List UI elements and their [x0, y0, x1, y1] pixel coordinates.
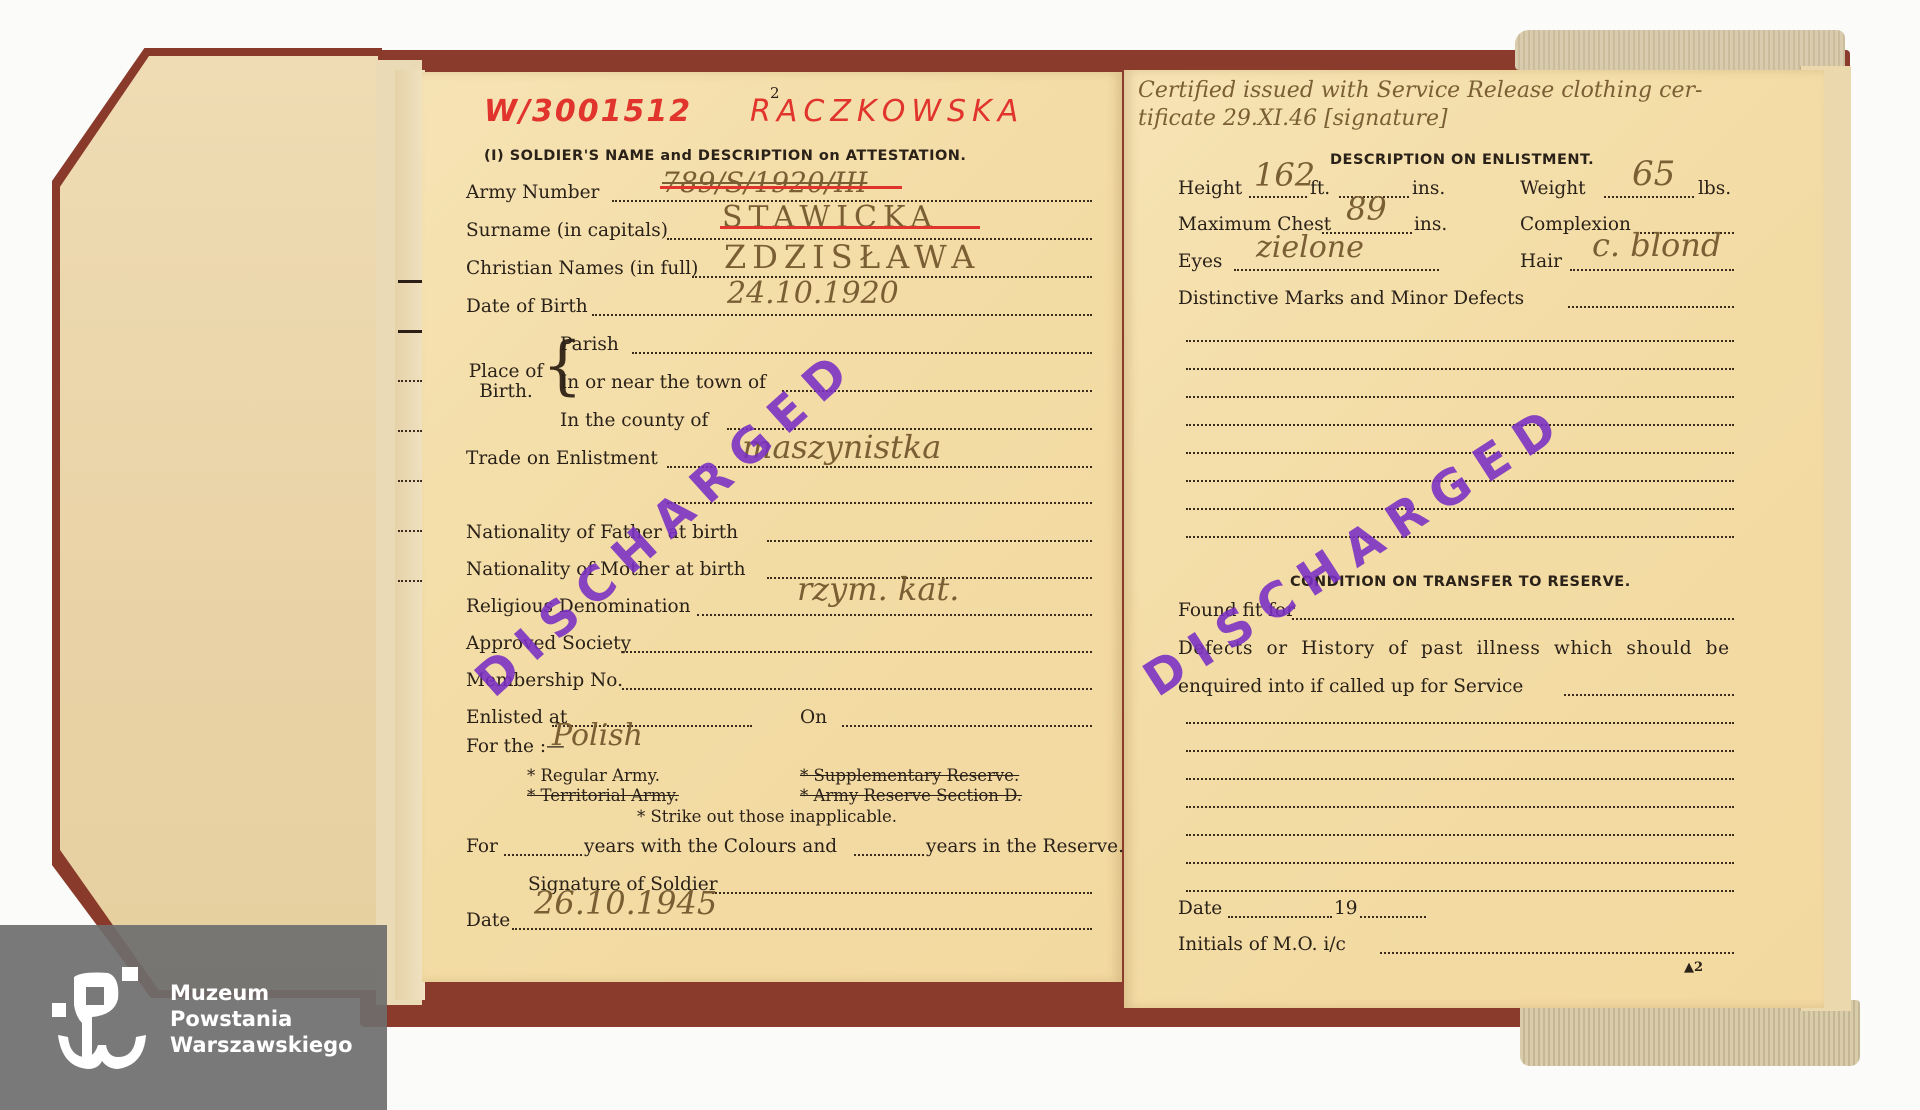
christian-names-value: ZDZISŁAWA: [724, 238, 980, 276]
museum-name-line1: Muzeum: [170, 980, 353, 1006]
date-of-birth-value: 24.10.1920: [727, 276, 899, 311]
gauze-tape-top: [1515, 30, 1845, 70]
right-date-label: Date: [1178, 898, 1222, 919]
museum-logo-overlay: Muzeum Powstania Warszawskiego: [0, 925, 387, 1110]
inside-cover-flap: [60, 56, 378, 990]
hair-label: Hair: [1520, 251, 1562, 272]
for-the-value: Polish: [552, 718, 643, 753]
option-army-reserve-d: * Army Reserve Section D.: [800, 786, 1022, 805]
date-label: Date: [466, 910, 510, 931]
section-heading: (I) SOLDIER'S NAME and DESCRIPTION on AT…: [484, 148, 966, 164]
handwritten-note-line1: Certified issued with Service Release cl…: [1138, 78, 1702, 103]
defects-line2: enquired into if called up for Service: [1178, 676, 1523, 697]
weight-label: Weight: [1520, 178, 1586, 199]
weight-unit: lbs.: [1698, 178, 1731, 199]
years-reserve-label: years in the Reserve.: [926, 836, 1124, 857]
surname-value: STAWICKA: [722, 200, 938, 235]
eyes-value: zielone: [1256, 230, 1364, 265]
red-service-number: W/3001512: [484, 94, 692, 129]
christian-names-label: Christian Names (in full): [466, 258, 698, 279]
county-label: In the county of: [560, 410, 708, 431]
strike-out-note: * Strike out those inapplicable.: [637, 807, 897, 826]
enlistment-heading: DESCRIPTION ON ENLISTMENT.: [1330, 152, 1594, 168]
left-page: W/3001512 RACZKOWSKA 2 (I) SOLDIER'S NAM…: [422, 72, 1122, 982]
chest-unit: ins.: [1414, 214, 1447, 235]
museum-name-line2: Powstania: [170, 1006, 353, 1032]
height-label: Height: [1178, 178, 1242, 199]
discharged-stamp-right: DISCHARGED: [1134, 392, 1579, 708]
option-supplementary-reserve: * Supplementary Reserve.: [800, 766, 1019, 785]
height-unit-ft: ft.: [1310, 178, 1330, 199]
army-number-value: 789/S/1920/III: [662, 166, 867, 199]
place-of-birth-label: Place of Birth.: [466, 362, 546, 402]
kotwica-anchor-icon: [52, 965, 152, 1075]
for-the-label: For the :—: [466, 736, 565, 757]
weight-value: 65: [1632, 154, 1675, 194]
years-for-label: For: [466, 836, 498, 857]
option-territorial-army: * Territorial Army.: [527, 786, 679, 805]
years-colours-label: years with the Colours and: [584, 836, 837, 857]
enlisted-on-label: On: [800, 707, 827, 728]
date-of-birth-label: Date of Birth: [466, 296, 588, 317]
museum-name-line3: Warszawskiego: [170, 1032, 353, 1058]
option-regular-army: * Regular Army.: [527, 766, 660, 785]
chest-value: 89: [1346, 190, 1387, 228]
surname-label: Surname (in capitals): [466, 220, 668, 241]
parish-label: Parish: [560, 334, 619, 355]
right-date-year-prefix: 19: [1334, 898, 1358, 919]
height-unit-ins: ins.: [1412, 178, 1445, 199]
right-page: Certified issued with Service Release cl…: [1124, 70, 1824, 1008]
stub-page-marks: [398, 280, 422, 680]
initials-mo-label: Initials of M.O. i/c: [1178, 934, 1346, 955]
date-value: 26.10.1945: [534, 884, 717, 922]
page-mark: ▲2: [1684, 960, 1703, 975]
red-surname: RACZKOWSKA: [750, 94, 1024, 129]
eyes-label: Eyes: [1178, 251, 1222, 272]
religion-value: rzym. kat.: [797, 570, 959, 608]
town-label: In or near the town of: [560, 372, 766, 393]
handwritten-note-line2: tificate 29.XI.46 [signature]: [1138, 106, 1448, 131]
museum-name: Muzeum Powstania Warszawskiego: [170, 980, 353, 1058]
distinctive-marks-label: Distinctive Marks and Minor Defects: [1178, 288, 1524, 309]
trade-label: Trade on Enlistment: [466, 448, 658, 469]
height-value: 162: [1254, 156, 1315, 194]
superscript-mark: 2: [770, 84, 780, 102]
army-number-label: Army Number: [466, 182, 599, 203]
hair-value: c. blond: [1592, 226, 1721, 264]
